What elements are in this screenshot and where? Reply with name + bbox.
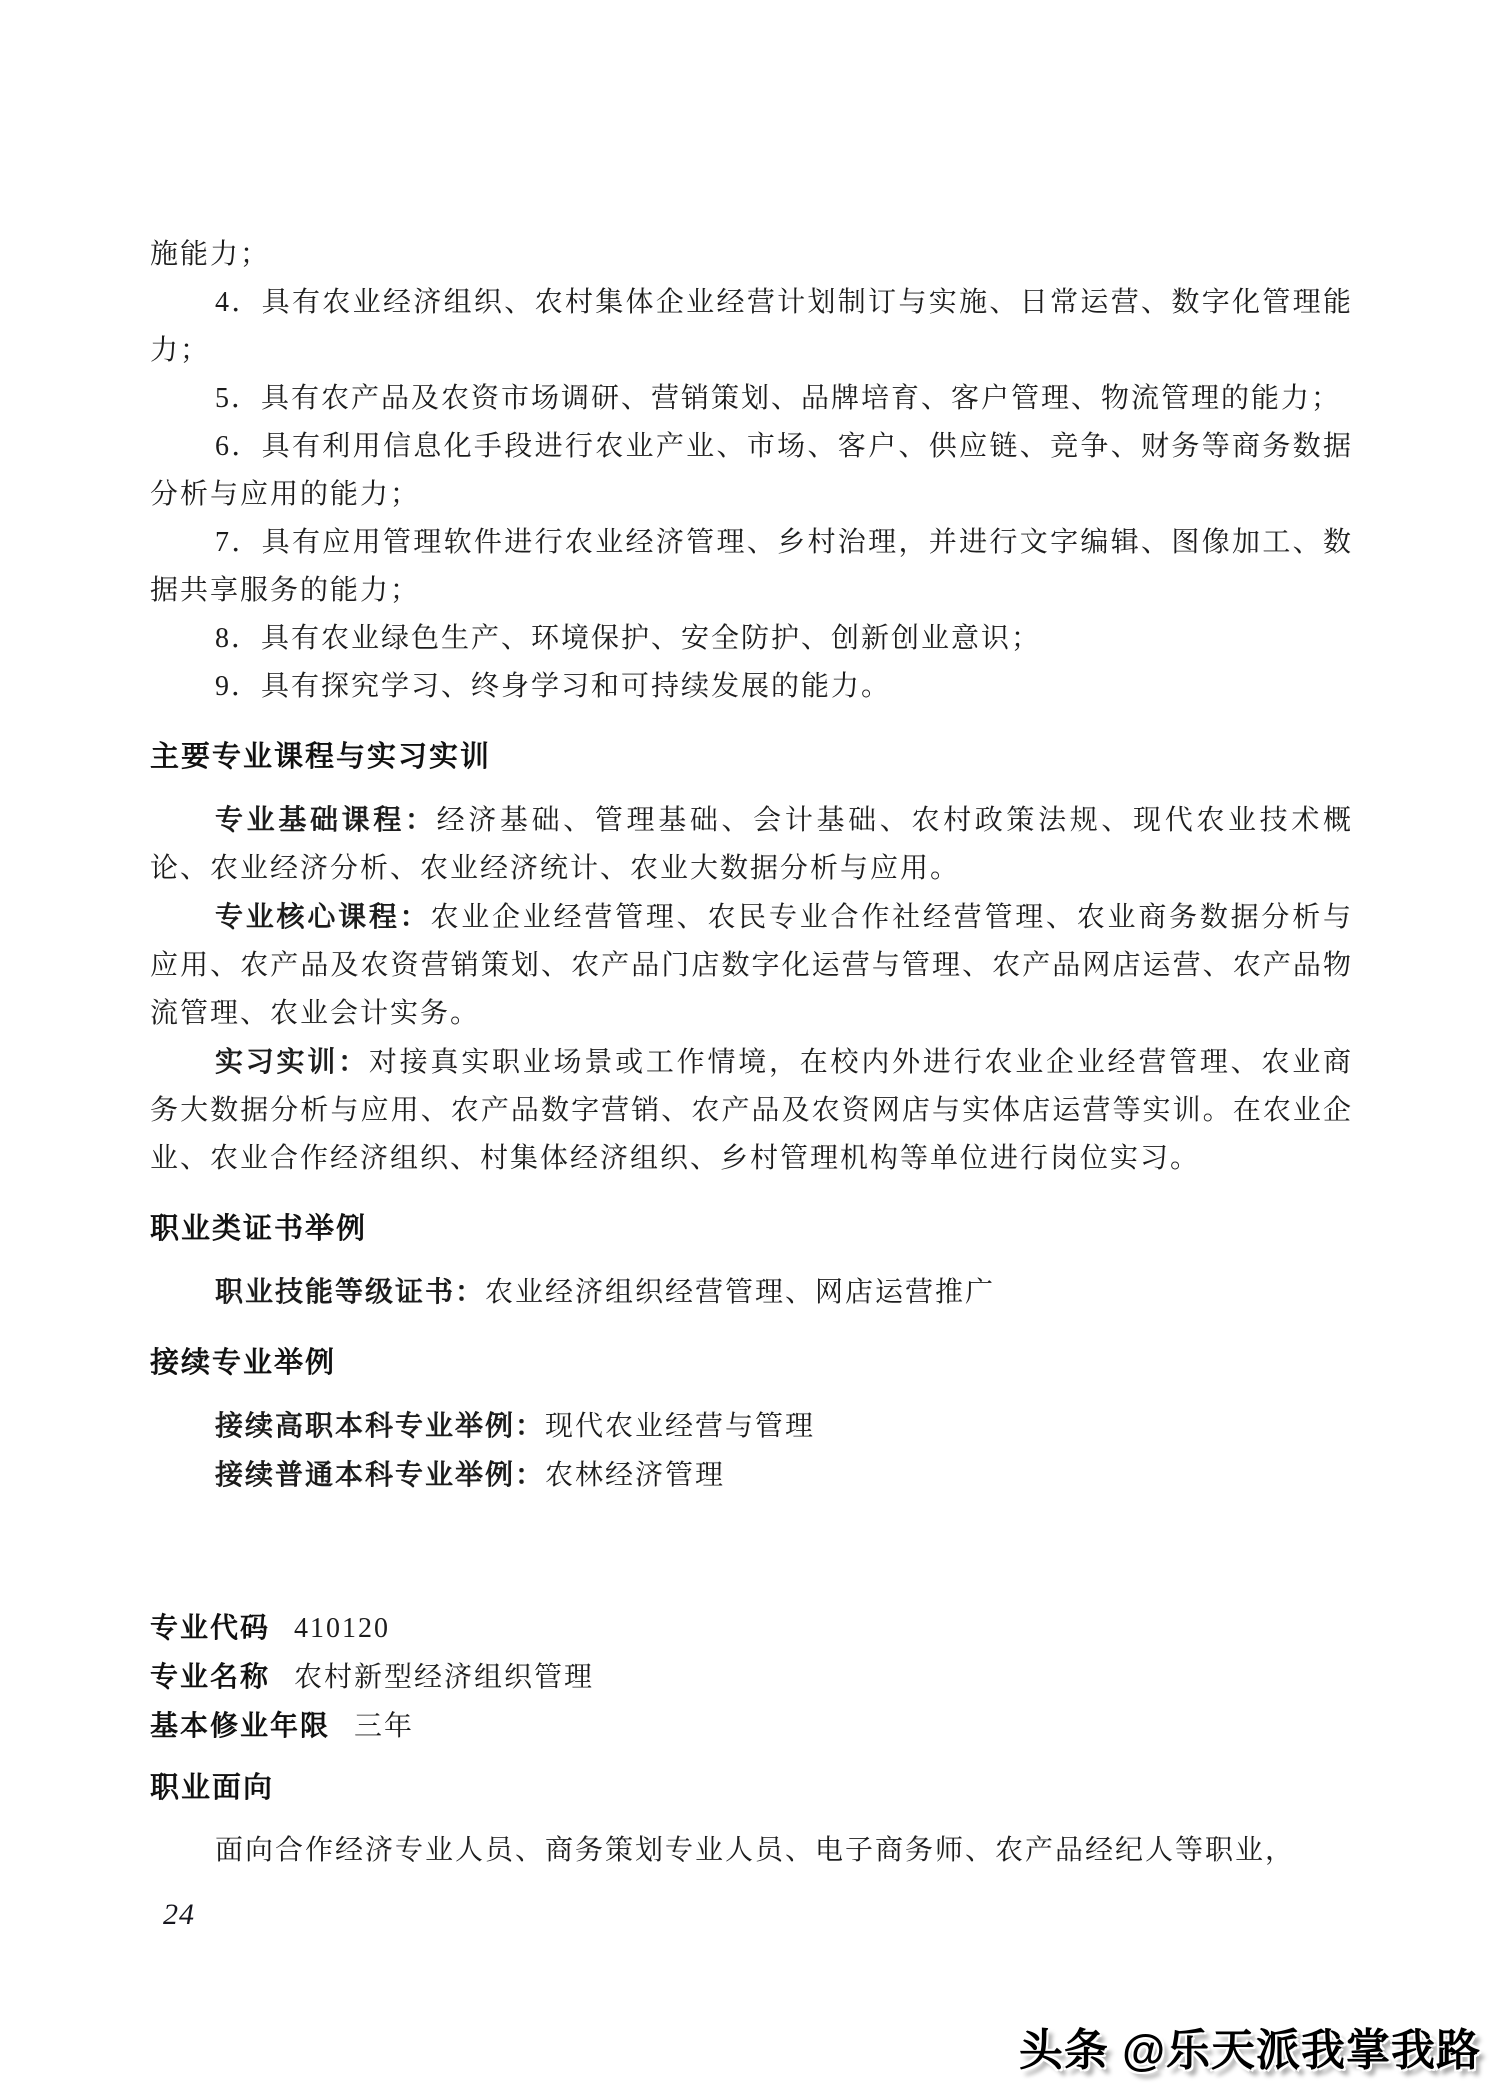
section-heading-career: 职业面向 bbox=[150, 1764, 1353, 1812]
study-duration-label: 基本修业年限 bbox=[150, 1710, 330, 1741]
core-courses-label: 专业核心课程： bbox=[215, 901, 430, 932]
paragraph-career: 面向合作经济专业人员、商务策划专业人员、电子商务师、农产品经纪人等职业， bbox=[150, 1827, 1353, 1875]
paragraph-continuation: 施能力； bbox=[150, 231, 1353, 279]
next-major-header: 专业代码410120 专业名称农村新型经济组织管理 基本修业年限三年 bbox=[150, 1604, 1353, 1751]
major-code-value: 410120 bbox=[294, 1613, 390, 1644]
document-page: 施能力； 4．具有农业经济组织、农村集体企业经营计划制订与实施、日常运营、数字化… bbox=[0, 0, 1503, 2094]
ability-item-9: 9．具有探究学习、终身学习和可持续发展的能力。 bbox=[150, 663, 1353, 711]
continuing-regular-text: 农林经济管理 bbox=[545, 1460, 725, 1491]
section-heading-continuing-majors: 接续专业举例 bbox=[150, 1339, 1353, 1387]
text-block: 施能力； 4．具有农业经济组织、农村集体企业经营计划制订与实施、日常运营、数字化… bbox=[150, 231, 1353, 1875]
major-code-label: 专业代码 bbox=[150, 1612, 270, 1643]
section-heading-courses: 主要专业课程与实习实训 bbox=[150, 733, 1353, 781]
ability-item-7: 7．具有应用管理软件进行农业经济管理、乡村治理，并进行文字编辑、图像加工、数据共… bbox=[150, 519, 1353, 615]
certificates-label: 职业技能等级证书： bbox=[215, 1276, 485, 1307]
study-duration-value: 三年 bbox=[354, 1711, 414, 1742]
major-code-row: 专业代码410120 bbox=[150, 1604, 1353, 1653]
major-name-value: 农村新型经济组织管理 bbox=[294, 1662, 594, 1693]
study-duration-row: 基本修业年限三年 bbox=[150, 1702, 1353, 1751]
toutiao-watermark: 头条 @乐天派我掌我路 bbox=[1019, 2014, 1481, 2078]
paragraph-internship: 实习实训：对接真实职业场景或工作情境，在校内外进行农业企业经营管理、农业商务大数… bbox=[150, 1038, 1353, 1183]
paragraph-basic-courses: 专业基础课程：经济基础、管理基础、会计基础、农村政策法规、现代农业技术概论、农业… bbox=[150, 796, 1353, 893]
internship-label: 实习实训： bbox=[215, 1046, 369, 1077]
section-heading-certificates: 职业类证书举例 bbox=[150, 1205, 1353, 1253]
certificates-text: 农业经济组织经营管理、网店运营推广 bbox=[485, 1277, 995, 1308]
paragraph-core-courses: 专业核心课程：农业企业经营管理、农民专业合作社经营管理、农业商务数据分析与应用、… bbox=[150, 893, 1353, 1038]
major-name-row: 专业名称农村新型经济组织管理 bbox=[150, 1653, 1353, 1702]
continuing-vocational-text: 现代农业经营与管理 bbox=[545, 1411, 815, 1442]
paragraph-continuing-vocational: 接续高职本科专业举例：现代农业经营与管理 bbox=[150, 1402, 1353, 1451]
ability-item-4: 4．具有农业经济组织、农村集体企业经营计划制订与实施、日常运营、数字化管理能力； bbox=[150, 279, 1353, 375]
continuing-regular-label: 接续普通本科专业举例： bbox=[215, 1459, 545, 1490]
ability-item-8: 8．具有农业绿色生产、环境保护、安全防护、创新创业意识； bbox=[150, 615, 1353, 663]
ability-item-5: 5．具有农产品及农资市场调研、营销策划、品牌培育、客户管理、物流管理的能力； bbox=[150, 375, 1353, 423]
basic-courses-label: 专业基础课程： bbox=[215, 804, 437, 835]
paragraph-continuing-regular: 接续普通本科专业举例：农林经济管理 bbox=[150, 1451, 1353, 1500]
continuing-vocational-label: 接续高职本科专业举例： bbox=[215, 1410, 545, 1441]
major-name-label: 专业名称 bbox=[150, 1661, 270, 1692]
paragraph-certificates: 职业技能等级证书：农业经济组织经营管理、网店运营推广 bbox=[150, 1268, 1353, 1317]
ability-item-6: 6．具有利用信息化手段进行农业产业、市场、客户、供应链、竞争、财务等商务数据分析… bbox=[150, 423, 1353, 519]
page-number: 24 bbox=[163, 1898, 195, 1932]
